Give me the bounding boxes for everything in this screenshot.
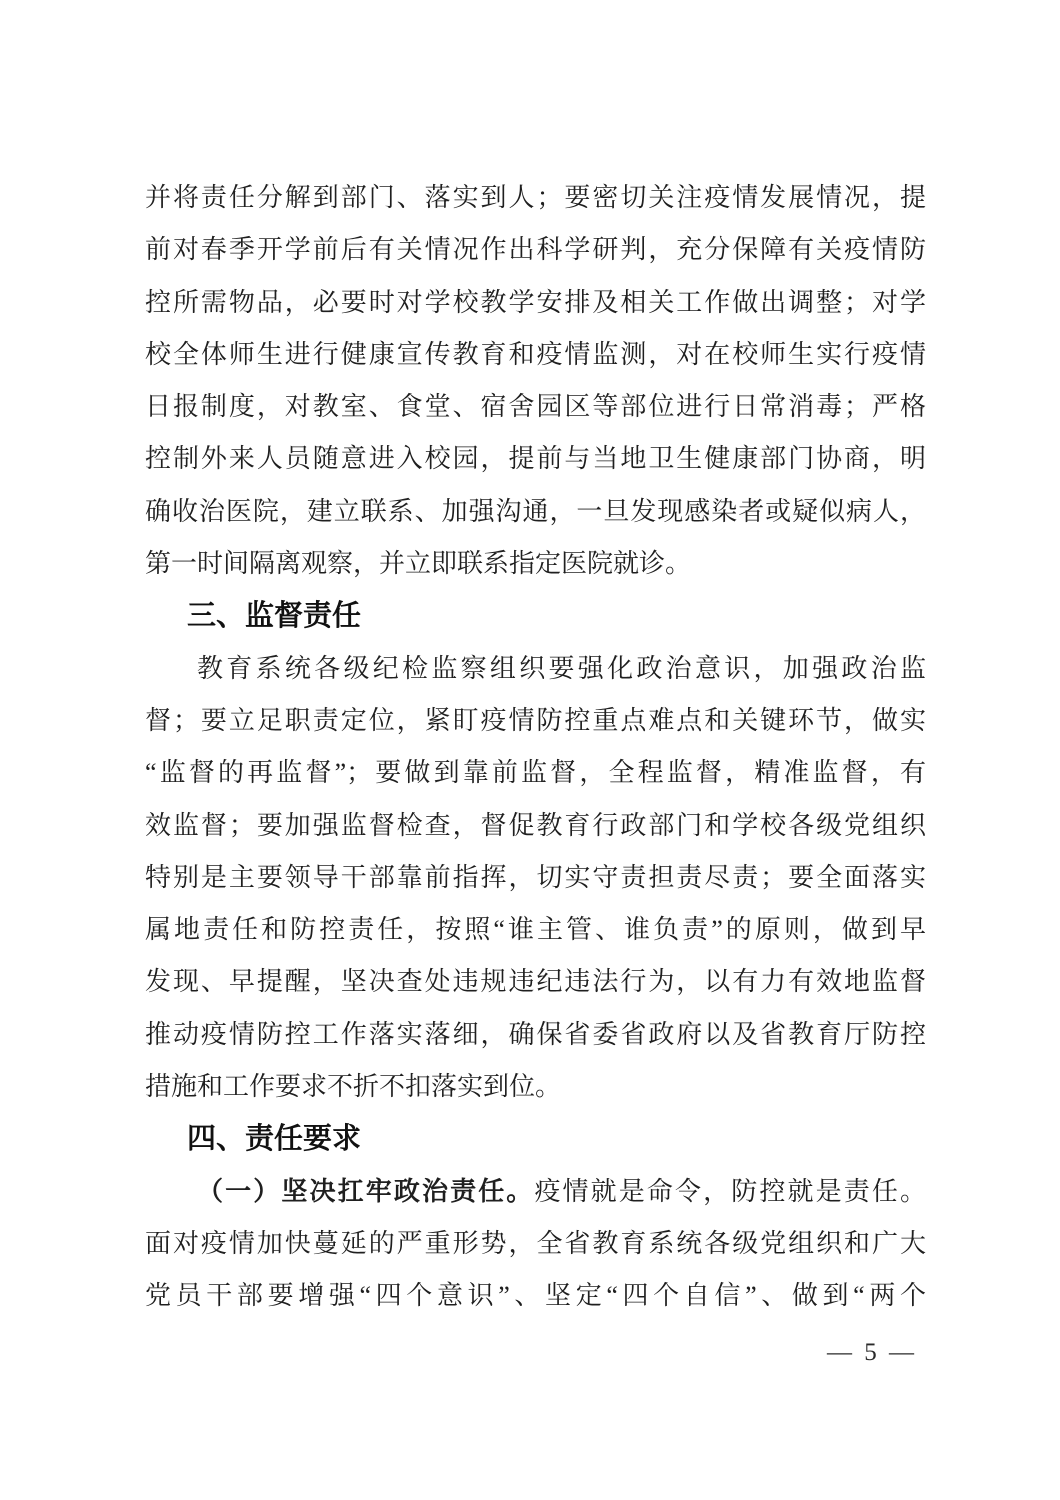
clause-lead: （一）坚决扛牢政治责任。 (197, 1177, 534, 1206)
body-line: （一）坚决扛牢政治责任。疫情就是命令，防控就是责任。 (145, 1166, 926, 1218)
body-line: 确收治医院，建立联系、加强沟通，一旦发现感染者或疑似病人， (145, 486, 926, 538)
body-line: 控制外来人员随意进入校园，提前与当地卫生健康部门协商，明 (145, 433, 926, 485)
body-line: 面对疫情加快蔓延的严重形势，全省教育系统各级党组织和广大 (145, 1218, 926, 1270)
section-heading: 三、监督责任 (145, 590, 926, 642)
body-line: 发现、早提醒，坚决查处违规违纪违法行为，以有力有效地监督 (145, 956, 926, 1008)
body-line: “监督的再监督”；要做到靠前监督，全程监督，精准监督，有 (145, 747, 926, 799)
body-line: 措施和工作要求不折不扣落实到位。 (145, 1061, 926, 1113)
document-body: 并将责任分解到部门、落实到人；要密切关注疫情发展情况，提前对春季开学前后有关情况… (145, 172, 926, 1323)
document-page: 并将责任分解到部门、落实到人；要密切关注疫情发展情况，提前对春季开学前后有关情况… (0, 0, 1060, 1500)
body-line: 校全体师生进行健康宣传教育和疫情监测，对在校师生实行疫情 (145, 329, 926, 381)
body-line: 控所需物品，必要时对学校教学安排及相关工作做出调整；对学 (145, 277, 926, 329)
body-line: 第一时间隔离观察，并立即联系指定医院就诊。 (145, 538, 926, 590)
body-line: 并将责任分解到部门、落实到人；要密切关注疫情发展情况，提 (145, 172, 926, 224)
body-line: 属地责任和防控责任，按照“谁主管、谁负责”的原则，做到早 (145, 904, 926, 956)
body-line: 党员干部要增强“四个意识”、坚定“四个自信”、做到“两个 (145, 1270, 926, 1322)
body-line: 日报制度，对教室、食堂、宿舍园区等部位进行日常消毒；严格 (145, 381, 926, 433)
section-heading: 四、责任要求 (145, 1113, 926, 1165)
body-line: 前对春季开学前后有关情况作出科学研判，充分保障有关疫情防 (145, 224, 926, 276)
body-line: 推动疫情防控工作落实落细，确保省委省政府以及省教育厅防控 (145, 1009, 926, 1061)
body-line: 督；要立足职责定位，紧盯疫情防控重点难点和关键环节，做实 (145, 695, 926, 747)
body-line: 效监督；要加强监督检查，督促教育行政部门和学校各级党组织 (145, 800, 926, 852)
body-line: 教育系统各级纪检监察组织要强化政治意识，加强政治监 (145, 643, 926, 695)
body-line: 特别是主要领导干部靠前指挥，切实守责担责尽责；要全面落实 (145, 852, 926, 904)
page-number: — 5 — (827, 1338, 917, 1368)
